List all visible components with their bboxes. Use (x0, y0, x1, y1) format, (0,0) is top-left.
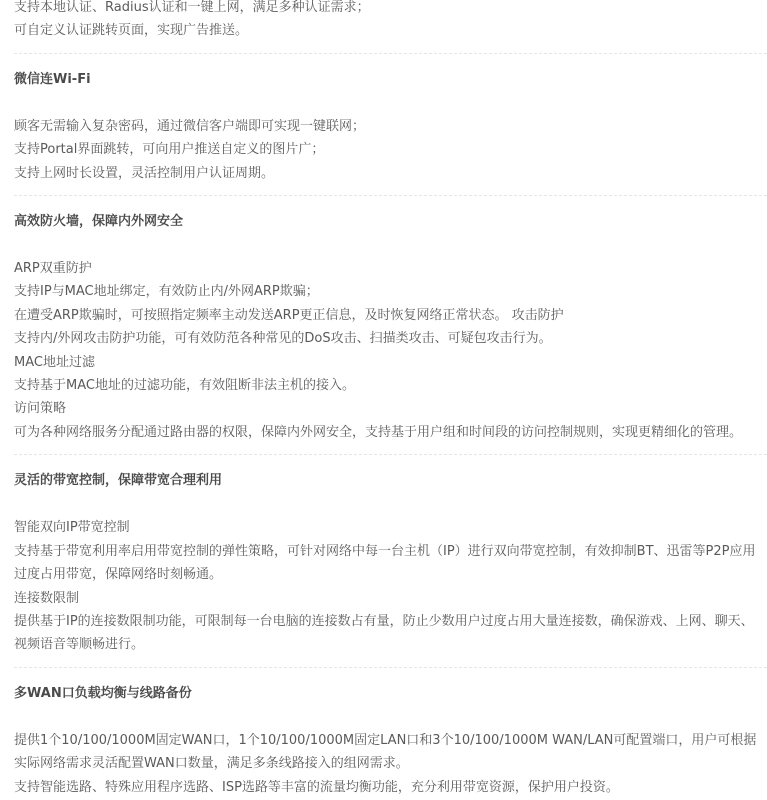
intro-line: 可自定义认证跳转页面，实现广告推送。 (0, 19, 767, 42)
section-line: 支持内/外网攻击防护功能，可有效防范各种常见的DoS攻击、扫描类攻击、可疑包攻击… (0, 327, 767, 350)
section-heading: 灵活的带宽控制，保障带宽合理利用 (0, 469, 767, 493)
spacer (0, 706, 767, 729)
section-heading: 多WAN口负载均衡与线路备份 (0, 682, 767, 706)
spacer (0, 234, 767, 257)
section-line: 提供1个10/100/1000M固定WAN口，1个10/100/1000M固定L… (0, 729, 767, 776)
dashed-divider (14, 667, 767, 668)
intro-line: 支持本地认证、Radius认证和一键上网，满足多种认证需求； (0, 0, 767, 19)
section-heading: 高效防火墙，保障内外网安全 (0, 210, 767, 234)
dashed-divider (14, 195, 767, 196)
subheading-ip-bandwidth: 智能双向IP带宽控制 (0, 516, 767, 539)
subheading-arp-protection: ARP双重防护 (0, 257, 767, 280)
subheading-mac-filter: MAC地址过滤 (0, 351, 767, 374)
dashed-divider (14, 53, 767, 54)
intro-block: 支持本地认证、Radius认证和一键上网，满足多种认证需求； 可自定义认证跳转页… (0, 0, 767, 43)
section-wechat-wifi: 微信连Wi-Fi 顾客无需输入复杂密码，通过微信客户端即可实现一键联网； 支持P… (0, 68, 767, 185)
section-line: 支持Portal界面跳转，可向用户推送自定义的图片广； (0, 138, 767, 161)
subheading-connection-limit: 连接数限制 (0, 587, 767, 610)
section-line: 支持上网时长设置，灵活控制用户认证周期。 (0, 162, 767, 185)
section-line: 支持IP与MAC地址绑定，有效防止内/外网ARP欺骗； (0, 280, 767, 303)
dashed-divider (14, 454, 767, 455)
section-line: 支持智能选路、特殊应用程序选路、ISP选路等丰富的流量均衡功能，充分利用带宽资源… (0, 776, 767, 799)
section-line: 可为各种网络服务分配通过路由器的权限，保障内外网安全，支持基于用户组和时间段的访… (0, 421, 767, 444)
section-heading: 微信连Wi-Fi (0, 68, 767, 92)
section-line: 支持基于MAC地址的过滤功能，有效阻断非法主机的接入。 (0, 374, 767, 397)
spacer (0, 493, 767, 516)
section-line: 在遭受ARP欺骗时，可按照指定频率主动发送ARP更正信息，及时恢复网络正常状态。… (0, 304, 767, 327)
section-line: 提供基于IP的连接数限制功能，可限制每一台电脑的连接数占有量，防止少数用户过度占… (0, 610, 767, 657)
section-line: 支持基于带宽利用率启用带宽控制的弹性策略，可针对网络中每一台主机（IP）进行双向… (0, 540, 767, 587)
section-bandwidth-control: 灵活的带宽控制，保障带宽合理利用 智能双向IP带宽控制 支持基于带宽利用率启用带… (0, 469, 767, 656)
section-multi-wan: 多WAN口负载均衡与线路备份 提供1个10/100/1000M固定WAN口，1个… (0, 682, 767, 799)
section-firewall: 高效防火墙，保障内外网安全 ARP双重防护 支持IP与MAC地址绑定，有效防止内… (0, 210, 767, 444)
section-line: 顾客无需输入复杂密码，通过微信客户端即可实现一键联网； (0, 115, 767, 138)
spacer (0, 92, 767, 115)
subheading-access-policy: 访问策略 (0, 397, 767, 420)
feature-description-document: 支持本地认证、Radius认证和一键上网，满足多种认证需求； 可自定义认证跳转页… (0, 0, 767, 799)
